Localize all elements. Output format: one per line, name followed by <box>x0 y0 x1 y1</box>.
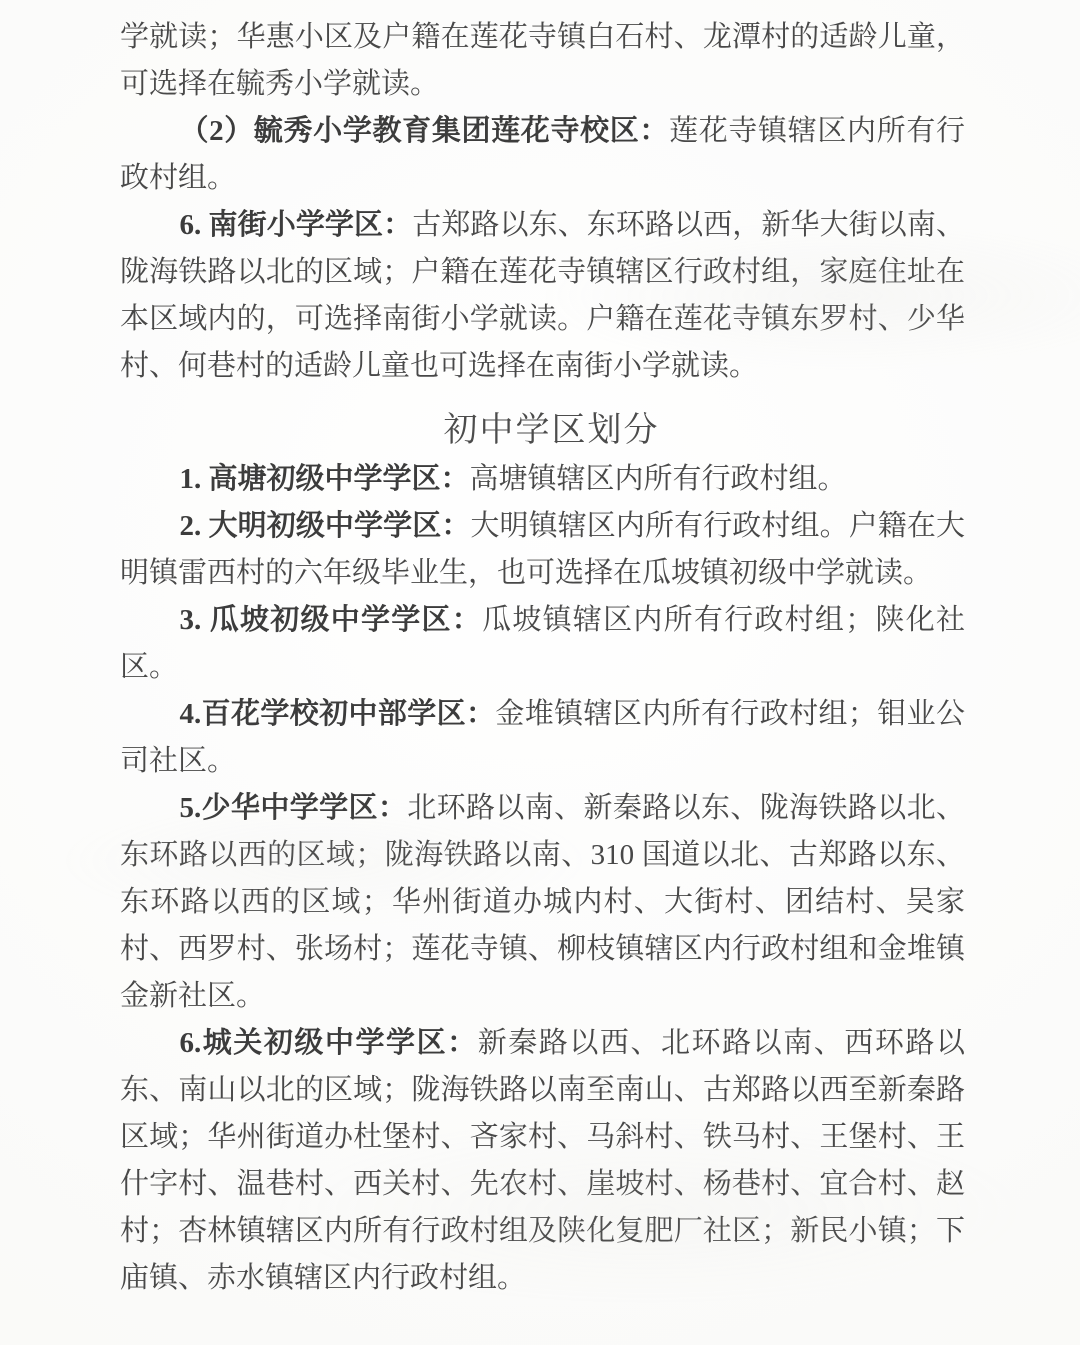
paragraph-lead: 4.百花学校初中部学区： <box>179 698 495 730</box>
paragraph-text: 高塘镇辖区内所有行政村组。 <box>469 463 846 495</box>
paragraph-guapo-junior-high: 3. 瓜坡初级中学学区：瓜坡镇辖区内所有行政村组；陕化社区。 <box>120 597 965 691</box>
paragraph-shaohua-middle-school: 5.少华中学学区：北环路以南、新秦路以东、陇海铁路以北、东环路以西的区域；陇海铁… <box>120 785 965 1020</box>
scanned-document-page: 学就读；华惠小区及户籍在莲花寺镇白石村、龙潭村的适龄儿童，可选择在毓秀小学就读。… <box>0 0 1080 1345</box>
section-heading-junior-high-districts: 初中学区划分 <box>120 406 965 454</box>
paragraph-lead: 5.少华中学学区： <box>179 792 407 824</box>
paragraph-nanjie-primary-district: 6. 南街小学学区：古郑路以东、东环路以西，新华大街以南、陇海铁路以北的区域；户… <box>120 202 965 390</box>
paragraph-chengguan-junior-high: 6.城关初级中学学区：新秦路以西、北环路以南、西环路以东、南山以北的区域；陇海铁… <box>120 1020 965 1302</box>
paragraph-lead: （2）毓秀小学教育集团莲花寺校区： <box>179 115 669 147</box>
paragraph-lead: 3. 瓜坡初级中学学区： <box>179 604 482 636</box>
paragraph-baihua-school-junior-division: 4.百花学校初中部学区：金堆镇辖区内所有行政村组；钼业公司社区。 <box>120 691 965 785</box>
paragraph-text: 新秦路以西、北环路以南、西环路以东、南山以北的区域；陇海铁路以南至南山、古郑路以… <box>120 1027 965 1294</box>
paragraph-lead: 1. 高塘初级中学学区： <box>179 463 469 495</box>
paragraph-daming-junior-high: 2. 大明初级中学学区：大明镇辖区内所有行政村组。户籍在大明镇雷西村的六年级毕业… <box>120 503 965 597</box>
paragraph-text: 学就读；华惠小区及户籍在莲花寺镇白石村、龙潭村的适龄儿童，可选择在毓秀小学就读。 <box>120 21 965 100</box>
paragraph-text: 北环路以南、新秦路以东、陇海铁路以北、东环路以西的区域；陇海铁路以南、310 国… <box>120 792 965 1012</box>
paragraph-gaotang-junior-high: 1. 高塘初级中学学区：高塘镇辖区内所有行政村组。 <box>120 456 965 503</box>
paragraph-yuxiu-lianhuasi-campus: （2）毓秀小学教育集团莲花寺校区：莲花寺镇辖区内所有行政村组。 <box>120 108 965 202</box>
paragraph-lead: 2. 大明初级中学学区： <box>179 510 470 542</box>
paragraph-lead: 6. 南街小学学区： <box>179 209 412 241</box>
paragraph-lead: 6.城关初级中学学区： <box>179 1027 477 1059</box>
paragraph-continuation: 学就读；华惠小区及户籍在莲花寺镇白石村、龙潭村的适龄儿童，可选择在毓秀小学就读。 <box>120 14 965 108</box>
